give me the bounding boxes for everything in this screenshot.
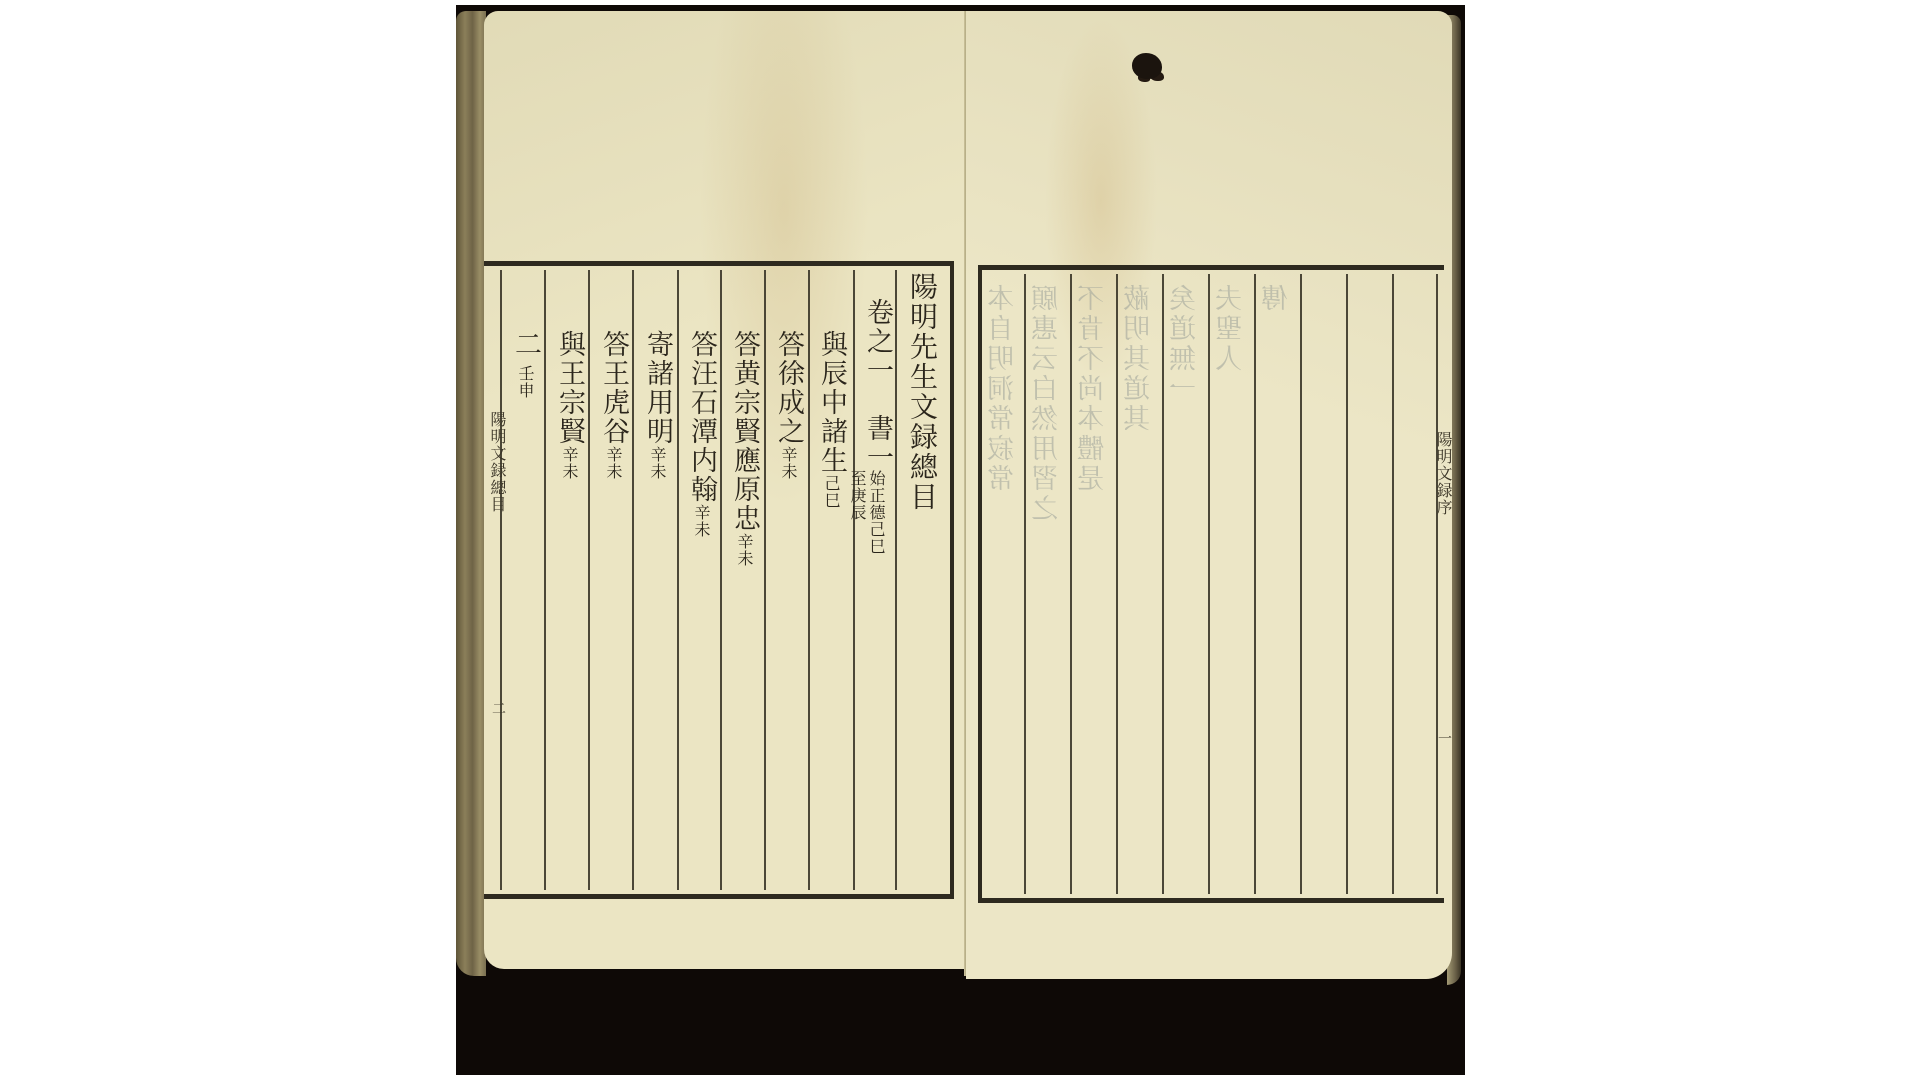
toc-entry-text: 與辰中諸生 bbox=[816, 330, 847, 475]
column-rule bbox=[853, 270, 855, 890]
toc-entry-note-right: 始正德己巳 bbox=[873, 470, 893, 555]
bleed-through-column: 矣道無一 bbox=[1168, 284, 1204, 404]
column-rule bbox=[1116, 274, 1118, 894]
toc-entry-text: 答黄宗賢應原忠 bbox=[729, 330, 760, 533]
toc-entry-date: 辛未 bbox=[735, 533, 754, 567]
toc-entry: 答徐成之辛未 bbox=[771, 330, 805, 480]
bleed-through-column: 本自明洞常寂常 bbox=[986, 284, 1022, 494]
ink-blot-stain bbox=[1132, 53, 1162, 79]
toc-entry-text: 答汪石潭内翰 bbox=[686, 330, 717, 504]
column-rule bbox=[1300, 274, 1302, 894]
toc-entry-text: 寄諸用明 bbox=[642, 330, 673, 446]
column-rule bbox=[1024, 274, 1026, 894]
toc-entry-date: 壬申 bbox=[516, 365, 535, 399]
column-rule bbox=[1436, 274, 1438, 894]
toc-title: 陽明先生文録總目 bbox=[905, 272, 939, 512]
column-rule bbox=[1208, 274, 1210, 894]
toc-entry: 答汪石潭内翰辛未 bbox=[684, 330, 718, 538]
column-rule bbox=[1070, 274, 1072, 894]
column-rule bbox=[720, 270, 722, 890]
toc-entry-note-left: 至庚辰 bbox=[854, 470, 874, 521]
right-margin-label: 陽明文録序 bbox=[1432, 431, 1455, 516]
toc-entry-volume-1: 卷之一 書一 bbox=[860, 298, 894, 472]
book-scan: 陽明文録總目 二 陽明先生文録總目 卷之一 書一 始正德己巳 至庚辰 與辰中諸生… bbox=[456, 5, 1465, 1075]
column-rule bbox=[632, 270, 634, 890]
column-rule bbox=[764, 270, 766, 890]
bleed-through-column: 傳 bbox=[1260, 284, 1296, 314]
toc-entry-date: 辛未 bbox=[604, 446, 623, 480]
toc-entry: 寄諸用明辛未 bbox=[640, 330, 674, 480]
toc-entry-date: 辛未 bbox=[648, 446, 667, 480]
toc-entry-text: 答王虎谷 bbox=[598, 330, 629, 446]
column-rule bbox=[895, 270, 897, 890]
column-rule bbox=[1254, 274, 1256, 894]
toc-entry-volume-2: 二壬申 bbox=[508, 330, 542, 399]
toc-entry: 與辰中諸生己巳 bbox=[814, 330, 848, 509]
toc-entry-text: 卷之一 書一 bbox=[862, 298, 893, 472]
column-rule bbox=[677, 270, 679, 890]
column-rule bbox=[1392, 274, 1394, 894]
toc-entry: 答黄宗賢應原忠辛未 bbox=[727, 330, 761, 567]
column-rule bbox=[544, 270, 546, 890]
toc-entry: 答王虎谷辛未 bbox=[596, 330, 630, 480]
right-page-frame: 本自明洞常寂常 願惠云白然用習之 不肯不尚本體是 蔽明其道其 矣道無一 夫聖人 … bbox=[978, 265, 1444, 903]
toc-entry-text: 與王宗賢 bbox=[554, 330, 585, 446]
column-rule bbox=[808, 270, 810, 890]
column-rule bbox=[1162, 274, 1164, 894]
toc-entry: 與王宗賢辛未 bbox=[552, 330, 586, 480]
bleed-through-column: 不肯不尚本體是 bbox=[1076, 284, 1112, 494]
toc-entry-date: 己巳 bbox=[822, 475, 841, 509]
left-page-frame: 陽明先生文録總目 卷之一 書一 始正德己巳 至庚辰 與辰中諸生己巳 答徐成之辛未… bbox=[484, 261, 954, 899]
left-page: 陽明文録總目 二 陽明先生文録總目 卷之一 書一 始正德己巳 至庚辰 與辰中諸生… bbox=[484, 11, 966, 969]
toc-entry-date: 辛未 bbox=[560, 446, 579, 480]
right-page: 本自明洞常寂常 願惠云白然用習之 不肯不尚本體是 蔽明其道其 矣道無一 夫聖人 … bbox=[966, 11, 1452, 979]
column-rule bbox=[500, 270, 502, 890]
toc-entry-text: 答徐成之 bbox=[773, 330, 804, 446]
right-margin-page-number: 一 bbox=[1434, 731, 1454, 746]
bleed-through-column: 蔽明其道其 bbox=[1122, 284, 1158, 434]
toc-entry-date: 辛未 bbox=[779, 446, 798, 480]
bleed-through-column: 夫聖人 bbox=[1214, 284, 1250, 374]
bleed-through-column: 願惠云白然用習之 bbox=[1030, 284, 1066, 524]
column-rule bbox=[1346, 274, 1348, 894]
page-block-edge-left bbox=[456, 11, 486, 976]
toc-entry-date: 辛未 bbox=[692, 504, 711, 538]
toc-entry-text: 二 bbox=[510, 330, 541, 359]
column-rule bbox=[588, 270, 590, 890]
